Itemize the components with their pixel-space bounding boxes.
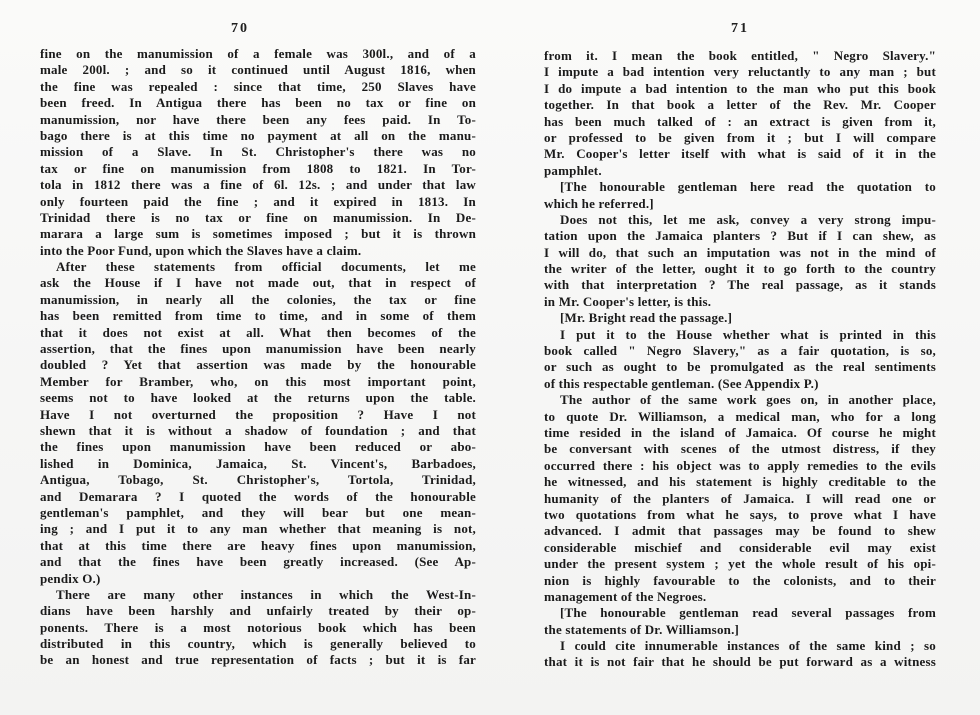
text-line: nion is highly favourable to the colonis… (544, 573, 936, 589)
text-line: marara a large sum is sometimes imposed … (40, 226, 476, 242)
text-line: the fine was repealed : since that time,… (40, 79, 476, 95)
text-line: lished in Dominica, Jamaica, St. Vincent… (40, 456, 476, 472)
text-line: Have I not overturned the proposition ? … (40, 407, 476, 423)
text-line: tax or fine on manumission from 1808 to … (40, 161, 476, 177)
text-line: doubled ? Yet that assertion was made by… (40, 357, 476, 373)
page-71: 71 from it. I mean the book entitled, " … (500, 0, 980, 715)
page-70: 70 fine on the manumission of a female w… (0, 0, 500, 715)
book-spread: 70 fine on the manumission of a female w… (0, 0, 980, 715)
text-line: I impute a bad intention very reluctantl… (544, 64, 936, 80)
text-line: shewn that it is without a shadow of fou… (40, 423, 476, 439)
text-line: ponents. There is a most notorious book … (40, 620, 476, 636)
text-line: manumission, in nearly all the colonies,… (40, 292, 476, 308)
text-line: that at this time there are heavy fines … (40, 538, 476, 554)
page-71-text: from it. I mean the book entitled, " Neg… (544, 48, 936, 671)
text-line: [The honourable gentleman read several p… (544, 605, 936, 621)
text-line: and Demarara ? I quoted the words of the… (40, 489, 476, 505)
text-line: manumission, nor have there been any fee… (40, 112, 476, 128)
text-line: pamphlet. (544, 163, 936, 179)
text-line: ask the House if I have not made out, th… (40, 275, 476, 291)
text-line: I will do, that such an imputation was n… (544, 245, 936, 261)
page-70-text: fine on the manumission of a female was … (40, 46, 476, 669)
text-line: tation upon the Jamaica planters ? But i… (544, 228, 936, 244)
text-line: mission of a Slave. In St. Christopher's… (40, 144, 476, 160)
text-line: has been remitted from time to time, and… (40, 308, 476, 324)
text-line: time resided in the island of Jamaica. O… (544, 425, 936, 441)
text-line: management of the Negroes. (544, 589, 936, 605)
text-line: has been much talked of : an extract is … (544, 114, 936, 130)
text-line: two quotations from what he says, to pro… (544, 507, 936, 523)
text-line: I could cite innumerable instances of th… (544, 638, 936, 654)
text-line: I put it to the House whether what is pr… (544, 327, 936, 343)
text-line: of this respectable gentleman. (See Appe… (544, 376, 936, 392)
text-line: under the present system ; yet the whole… (544, 556, 936, 572)
text-line: occurred there : his object was to apply… (544, 458, 936, 474)
text-line: be conversant with scenes of the utmost … (544, 441, 936, 457)
text-line: humanity of the planters of Jamaica. I w… (544, 491, 936, 507)
text-line: distributed in this country, which is ge… (40, 636, 476, 652)
text-line: assertion, that the fines upon manumissi… (40, 341, 476, 357)
text-line: with that interpretation ? The real pass… (544, 277, 936, 293)
text-line: seems not to have looked at the returns … (40, 390, 476, 406)
text-line: male 200l. ; and so it continued until A… (40, 62, 476, 78)
text-line: he witnessed, and his statement is highl… (544, 474, 936, 490)
text-line: be an honest and true representation of … (40, 652, 476, 668)
text-line: gentleman's pamphlet, and they will bear… (40, 505, 476, 521)
text-line: been freed. In Antigua there has been no… (40, 95, 476, 111)
text-line: There are many other instances in which … (40, 587, 476, 603)
text-line: the writer of the letter, ought it to go… (544, 261, 936, 277)
text-line: book called " Negro Slavery," as a fair … (544, 343, 936, 359)
text-line: fine on the manumission of a female was … (40, 46, 476, 62)
text-line: and that the fines have been greatly inc… (40, 554, 476, 570)
text-line: from it. I mean the book entitled, " Neg… (544, 48, 936, 64)
text-line: dians have been harshly and unfairly tre… (40, 603, 476, 619)
text-line: Does not this, let me ask, convey a very… (544, 212, 936, 228)
text-line: [Mr. Bright read the passage.] (544, 310, 936, 326)
text-line: I do impute a bad intention to the man w… (544, 81, 936, 97)
text-line: or professed to be given from it ; but I… (544, 130, 936, 146)
text-line: Trinidad there is no tax or fine on manu… (40, 210, 476, 226)
text-line: in Mr. Cooper's letter, is this. (544, 294, 936, 310)
page-number-right: 71 (544, 21, 936, 37)
text-line: the fines upon manumission have been red… (40, 439, 476, 455)
text-line: ing ; and I put it to any man whether th… (40, 521, 476, 537)
text-line: or such as ought to be promulgated as th… (544, 359, 936, 375)
text-line: only fourteen paid the fine ; and it exp… (40, 194, 476, 210)
text-line: together. In that book a letter of the R… (544, 97, 936, 113)
text-line: [The honourable gentleman here read the … (544, 179, 936, 195)
text-line: The author of the same work goes on, in … (544, 392, 936, 408)
text-line: pendix O.) (40, 571, 476, 587)
text-line: that it does not exist at all. What then… (40, 325, 476, 341)
text-line: that it is not fair that he should be pu… (544, 654, 936, 670)
text-line: advanced. I admit that passages may be f… (544, 523, 936, 539)
text-line: the statements of Dr. Williamson.] (544, 622, 936, 638)
text-line: into the Poor Fund, upon which the Slave… (40, 243, 476, 259)
text-line: considerable mischief and considerable e… (544, 540, 936, 556)
text-line: to quote Dr. Williamson, a medical man, … (544, 409, 936, 425)
page-number-left: 70 (40, 21, 440, 37)
text-line: Antigua, Tobago, St. Christopher's, Tort… (40, 472, 476, 488)
text-line: After these statements from official doc… (40, 259, 476, 275)
text-line: Mr. Cooper's letter itself with what is … (544, 146, 936, 162)
text-line: which he referred.] (544, 196, 936, 212)
text-line: bago there is at this time no payment at… (40, 128, 476, 144)
text-line: Member for Bramber, who, on this most im… (40, 374, 476, 390)
text-line: tola in 1812 there was a fine of 6l. 12s… (40, 177, 476, 193)
